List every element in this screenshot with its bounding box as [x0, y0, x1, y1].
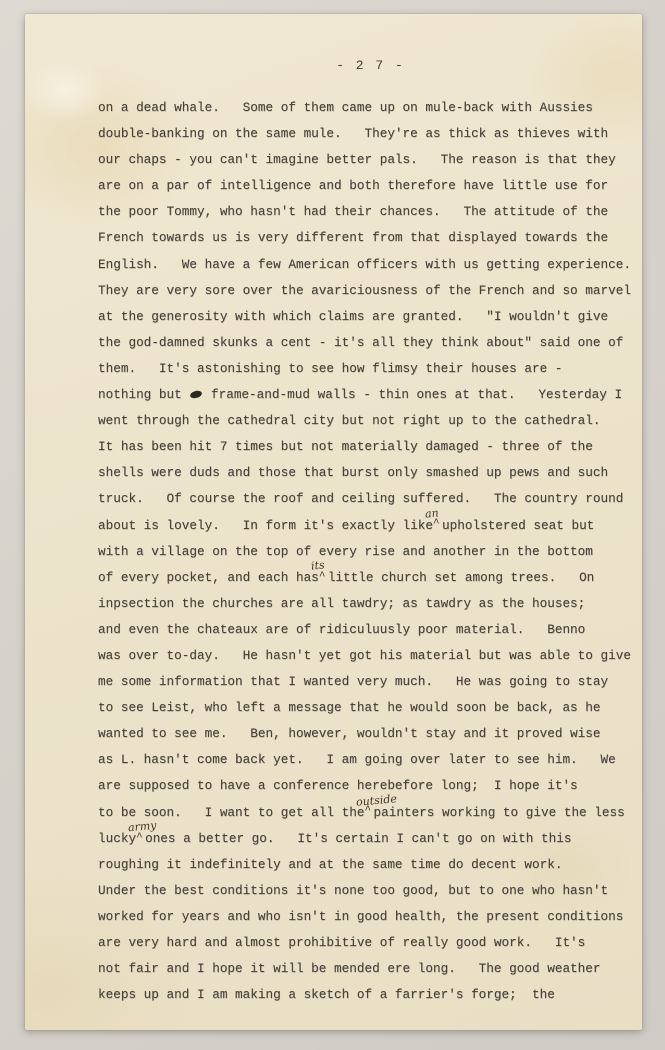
typed-line: not fair and I hope it will be mended er… — [98, 956, 643, 982]
typed-text: with a village on the top of every rise … — [98, 544, 593, 559]
typed-text: Under the best conditions it's none too … — [98, 883, 608, 898]
typed-text: It has been hit 7 times but not material… — [98, 439, 593, 454]
typed-line: wanted to see me. Ben, however, wouldn't… — [98, 721, 643, 747]
typed-line: They are very sore over the avariciousne… — [98, 278, 643, 304]
typed-text: shells were duds and those that burst on… — [98, 465, 608, 480]
page-number: - 2 7 - — [98, 58, 643, 73]
typed-text: truck. Of course the roof and ceiling su… — [98, 491, 623, 506]
typed-line: went through the cathedral city but not … — [98, 408, 643, 434]
typed-line: about is lovely. In form it's exactly li… — [98, 513, 643, 539]
typed-text: of every pocket, and each has — [98, 570, 319, 585]
typed-text: They are very sore over the avariciousne… — [98, 283, 631, 298]
typed-text: worked for years and who isn't in good h… — [98, 909, 623, 924]
typed-line: shells were duds and those that burst on… — [98, 460, 643, 486]
typed-line: the poor Tommy, who hasn't had their cha… — [98, 199, 643, 225]
typed-line: to see Leist, who left a message that he… — [98, 695, 643, 721]
typed-text: and even the chateaux are of ridiculuusl… — [98, 622, 585, 637]
typed-text: English. We have a few American officers… — [98, 257, 631, 272]
typed-text: keeps up and I am making a sketch of a f… — [98, 987, 555, 1002]
typed-text: double-banking on the same mule. They're… — [98, 126, 608, 141]
handwritten-insertion: army^ — [136, 841, 145, 842]
typed-text: little church set among trees. On — [328, 570, 594, 585]
typed-text: not fair and I hope it will be mended er… — [98, 961, 601, 976]
caret-mark: ^ — [136, 825, 143, 851]
typed-text: to be soon. I want to get all the — [98, 805, 364, 820]
typed-line: with a village on the top of every rise … — [98, 539, 643, 565]
typed-text: at the generosity with which claims are … — [98, 309, 608, 324]
caret-mark: ^ — [319, 564, 326, 590]
typed-line: as L. hasn't come back yet. I am going o… — [98, 747, 643, 773]
typed-text: our chaps - you can't imagine better pal… — [98, 152, 616, 167]
typed-text: the poor Tommy, who hasn't had their cha… — [98, 204, 608, 219]
typed-text: roughing it indefinitely and at the same… — [98, 857, 562, 872]
typed-text: them. It's astonishing to see how flimsy… — [98, 361, 562, 376]
typed-line: keeps up and I am making a sketch of a f… — [98, 982, 643, 1008]
typed-line: of every pocket, and each hasits^little … — [98, 565, 643, 591]
typed-line: French towards us is very different from… — [98, 225, 643, 251]
typed-line: are very hard and almost prohibitive of … — [98, 930, 643, 956]
handwritten-insertion: its^ — [319, 580, 328, 581]
typed-line: to be soon. I want to get all theoutside… — [98, 800, 643, 826]
typed-text: nothing but — [98, 387, 189, 402]
typed-line: It has been hit 7 times but not material… — [98, 434, 643, 460]
letter-page: - 2 7 - on a dead whale. Some of them ca… — [25, 14, 642, 1030]
typed-text: on a dead whale. Some of them came up on… — [98, 100, 593, 115]
typed-text: wanted to see me. Ben, however, wouldn't… — [98, 726, 601, 741]
caret-mark: ^ — [433, 511, 440, 537]
typed-line: truck. Of course the roof and ceiling su… — [98, 486, 643, 512]
typed-line: me some information that I wanted very m… — [98, 669, 643, 695]
typed-text: as L. hasn't come back yet. I am going o… — [98, 752, 616, 767]
typed-line: are on a par of intelligence and both th… — [98, 173, 643, 199]
typed-text: was over to-day. He hasn't yet got his m… — [98, 648, 631, 663]
typed-line: Under the best conditions it's none too … — [98, 878, 643, 904]
handwritten-insertion: outside^ — [364, 815, 373, 816]
typed-text: ones a better go. It's certain I can't g… — [145, 831, 571, 846]
typed-line: at the generosity with which claims are … — [98, 304, 643, 330]
typed-text: French towards us is very different from… — [98, 230, 608, 245]
typed-text: are very hard and almost prohibitive of … — [98, 935, 585, 950]
typed-line: luckyarmy^ones a better go. It's certain… — [98, 826, 643, 852]
typed-text: are supposed to have a conference herebe… — [98, 778, 578, 793]
typed-text: upholstered seat but — [442, 518, 594, 533]
typed-text: went through the cathedral city but not … — [98, 413, 601, 428]
typed-text: about is lovely. In form it's exactly li… — [98, 518, 433, 533]
typed-line: the god-damned skunks a cent - it's all … — [98, 330, 643, 356]
typed-text: me some information that I wanted very m… — [98, 674, 608, 689]
handwritten-insertion: an^ — [433, 528, 442, 529]
typed-line: roughing it indefinitely and at the same… — [98, 852, 643, 878]
typed-line: them. It's astonishing to see how flimsy… — [98, 356, 643, 382]
typed-text: are on a par of intelligence and both th… — [98, 178, 608, 193]
typed-line: was over to-day. He hasn't yet got his m… — [98, 643, 643, 669]
typed-text: the god-damned skunks a cent - it's all … — [98, 335, 623, 350]
typed-line: double-banking on the same mule. They're… — [98, 121, 643, 147]
typed-line: inpsection the churches are all tawdry; … — [98, 591, 643, 617]
handwritten-word: outside — [356, 793, 398, 808]
typed-text: to see Leist, who left a message that he… — [98, 700, 601, 715]
typed-text: inpsection the churches are all tawdry; … — [98, 596, 585, 611]
ink-smudge — [190, 389, 204, 399]
scanned-letter-scene: - 2 7 - on a dead whale. Some of them ca… — [0, 0, 665, 1050]
typed-line: English. We have a few American officers… — [98, 252, 643, 278]
typed-line: worked for years and who isn't in good h… — [98, 904, 643, 930]
typed-line: nothing but frame-and-mud walls - thin o… — [98, 382, 643, 408]
typed-line: on a dead whale. Some of them came up on… — [98, 95, 643, 121]
typed-line: our chaps - you can't imagine better pal… — [98, 147, 643, 173]
typed-text-block: on a dead whale. Some of them came up on… — [98, 95, 643, 1008]
typed-text: painters working to give the less — [373, 805, 624, 820]
caret-mark: ^ — [364, 798, 371, 824]
typed-text: frame-and-mud walls - thin ones at that.… — [203, 387, 622, 402]
typed-line: and even the chateaux are of ridiculuusl… — [98, 617, 643, 643]
